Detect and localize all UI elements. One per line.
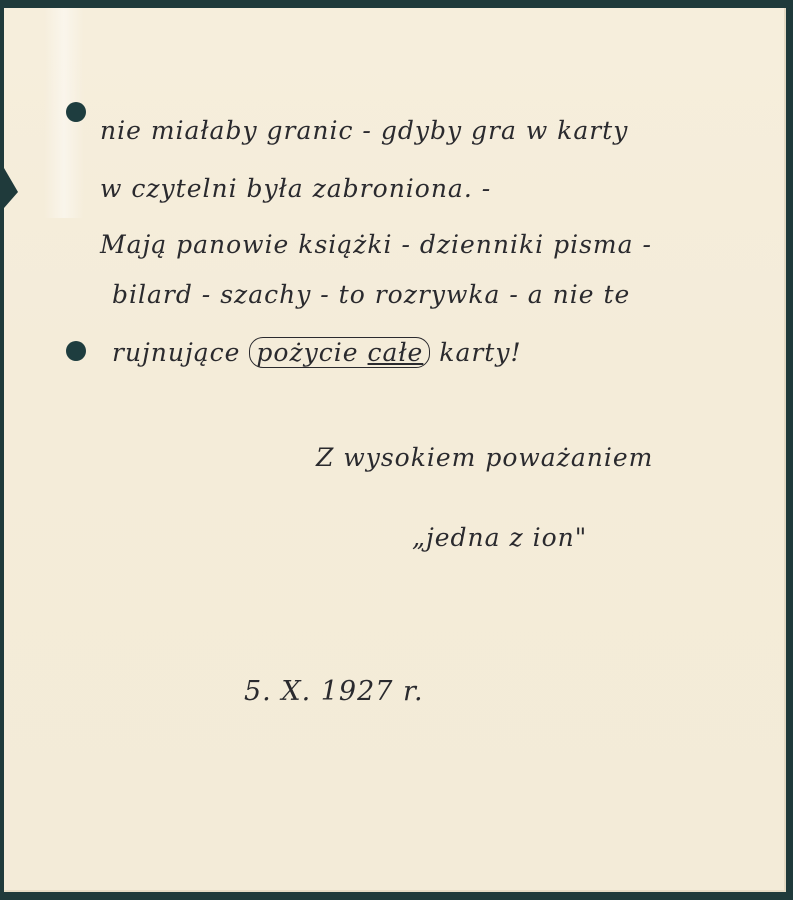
- signature: „jedna z ion": [412, 523, 587, 552]
- letter-line-4: bilard - szachy - to rozrywka - a nie te: [112, 280, 630, 309]
- letter-page: nie miałaby granic - gdyby gra w karty w…: [4, 8, 786, 892]
- letter-line-1: nie miałaby granic - gdyby gra w karty: [100, 116, 628, 145]
- line-5-start: rujnujące: [112, 338, 240, 367]
- letter-line-5: rujnujące pożycie całe karty!: [112, 338, 522, 367]
- line-5-end: karty!: [439, 338, 521, 367]
- letter-date: 5. X. 1927 r.: [244, 676, 424, 707]
- letter-line-3: Mają panowie książki - dzienniki pisma -: [100, 230, 652, 259]
- torn-edge: [4, 168, 18, 208]
- parenthetical-word: pożycie: [256, 338, 358, 367]
- underlined-word: całe: [368, 338, 424, 367]
- letter-line-2: w czytelni była zabroniona. -: [100, 174, 491, 203]
- punch-hole-top: [66, 102, 86, 122]
- closing-salutation: Z wysokiem poważaniem: [316, 443, 653, 472]
- parenthetical-note: pożycie całe: [249, 337, 430, 368]
- punch-hole-bottom: [66, 341, 86, 361]
